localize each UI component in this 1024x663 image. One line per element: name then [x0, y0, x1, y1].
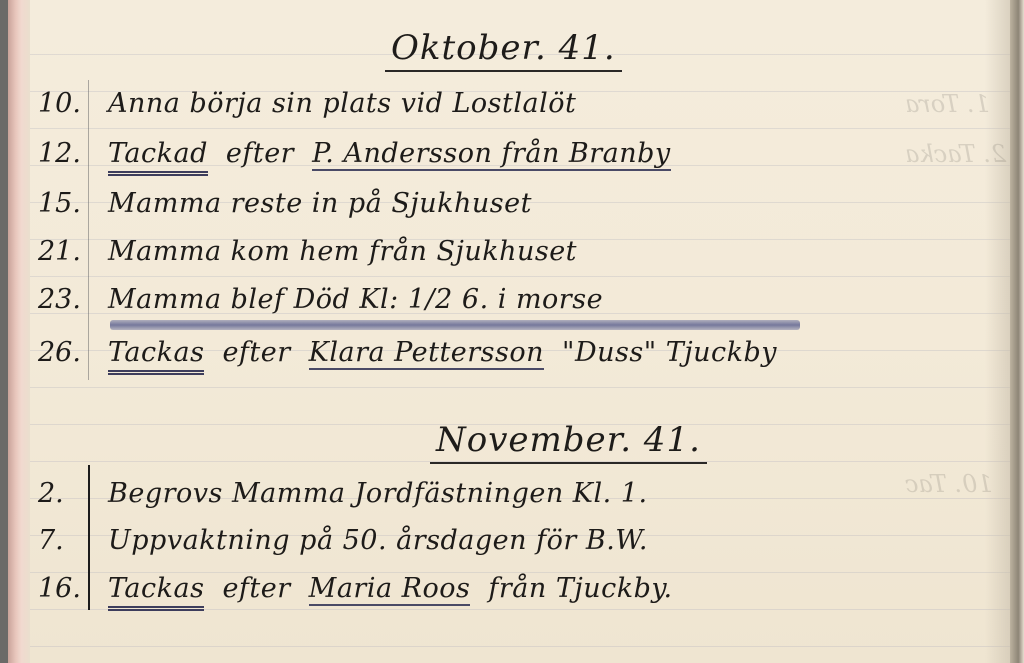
entry-text-segment: Anna börja sin plats vid Lostlalöt	[108, 88, 576, 119]
entry-text: Anna börja sin plats vid Lostlalöt	[108, 88, 594, 119]
diary-entry: 2. Begrovs Mamma Jordfästningen Kl. 1.	[0, 478, 1000, 514]
entry-day: 7.	[38, 525, 83, 556]
diary-entry: 7. Uppvaktning på 50. årsdagen för B.W.	[0, 525, 1000, 561]
entry-text: TackasefterMaria Roosfrån Tjuckby.	[108, 573, 691, 611]
entry-day: 21.	[38, 236, 83, 267]
diary-book: 1. Tora 2. Tacka 10. Tac Oktober. 41. 10…	[0, 0, 1024, 663]
entry-text-segment: Mamma blef Död Kl: 1/2 6. i morse	[108, 284, 603, 315]
entry-text: Uppvaktning på 50. årsdagen för B.W.	[108, 525, 666, 556]
entry-text-segment: Maria Roos	[309, 573, 471, 606]
entry-text-segment: Tackad	[108, 138, 208, 176]
entry-text-segment: P. Andersson från Branby	[312, 138, 671, 171]
entry-text-segment: Tackas	[108, 573, 204, 611]
entry-text-segment: efter	[222, 337, 290, 368]
entry-text: Mamma reste in på Sjukhuset	[108, 188, 550, 219]
entry-text-segment: från Tjuckby.	[488, 573, 672, 604]
entry-day: 12.	[38, 138, 83, 169]
diary-entry: 21. Mamma kom hem från Sjukhuset	[0, 236, 1000, 272]
entry-text-segment: "Duss" Tjuckby	[562, 337, 777, 368]
entry-text-segment: Klara Pettersson	[309, 337, 544, 370]
entry-day: 2.	[38, 478, 83, 509]
diary-entry: 23. Mamma blef Död Kl: 1/2 6. i morse	[0, 284, 1000, 320]
entry-day: 15.	[38, 188, 83, 219]
entry-day: 26.	[38, 337, 83, 368]
entry-day: 10.	[38, 88, 83, 119]
entry-text: Mamma kom hem från Sjukhuset	[108, 236, 595, 267]
entry-text: Begrovs Mamma Jordfästningen Kl. 1.	[108, 478, 666, 509]
diary-entry: 15. Mamma reste in på Sjukhuset	[0, 188, 1000, 224]
entry-text-segment: efter	[226, 138, 294, 169]
entry-text-segment: Begrovs Mamma Jordfästningen Kl. 1.	[108, 478, 648, 509]
diary-entry: 12. TackadefterP. Andersson från Branby	[0, 138, 1000, 174]
entry-text-segment: Mamma kom hem från Sjukhuset	[108, 236, 577, 267]
entry-text-segment: efter	[222, 573, 290, 604]
right-page-edge	[1010, 0, 1024, 663]
section-heading-october: Oktober. 41.	[385, 28, 622, 72]
diary-entry: 10. Anna börja sin plats vid Lostlalöt	[0, 88, 1000, 124]
entry-text-segment: Mamma reste in på Sjukhuset	[108, 188, 532, 219]
entry-text: TackadefterP. Andersson från Branby	[108, 138, 689, 176]
entry-text-segment: Uppvaktning på 50. årsdagen för B.W.	[108, 525, 648, 556]
entry-day: 16.	[38, 573, 83, 604]
section-heading-november: November. 41.	[430, 420, 707, 464]
diary-entry: 16. TackasefterMaria Roosfrån Tjuckby.	[0, 573, 1000, 609]
entry-text-segment: Tackas	[108, 337, 204, 375]
entry-day: 23.	[38, 284, 83, 315]
diary-entry: 26. TackasefterKlara Pettersson"Duss" Tj…	[0, 337, 1000, 373]
entry-text: TackasefterKlara Pettersson"Duss" Tjuckb…	[108, 337, 795, 375]
entry-text: Mamma blef Död Kl: 1/2 6. i morse	[108, 284, 621, 315]
margin-rule-october	[88, 80, 89, 380]
highlight-underline-bar	[110, 320, 800, 330]
